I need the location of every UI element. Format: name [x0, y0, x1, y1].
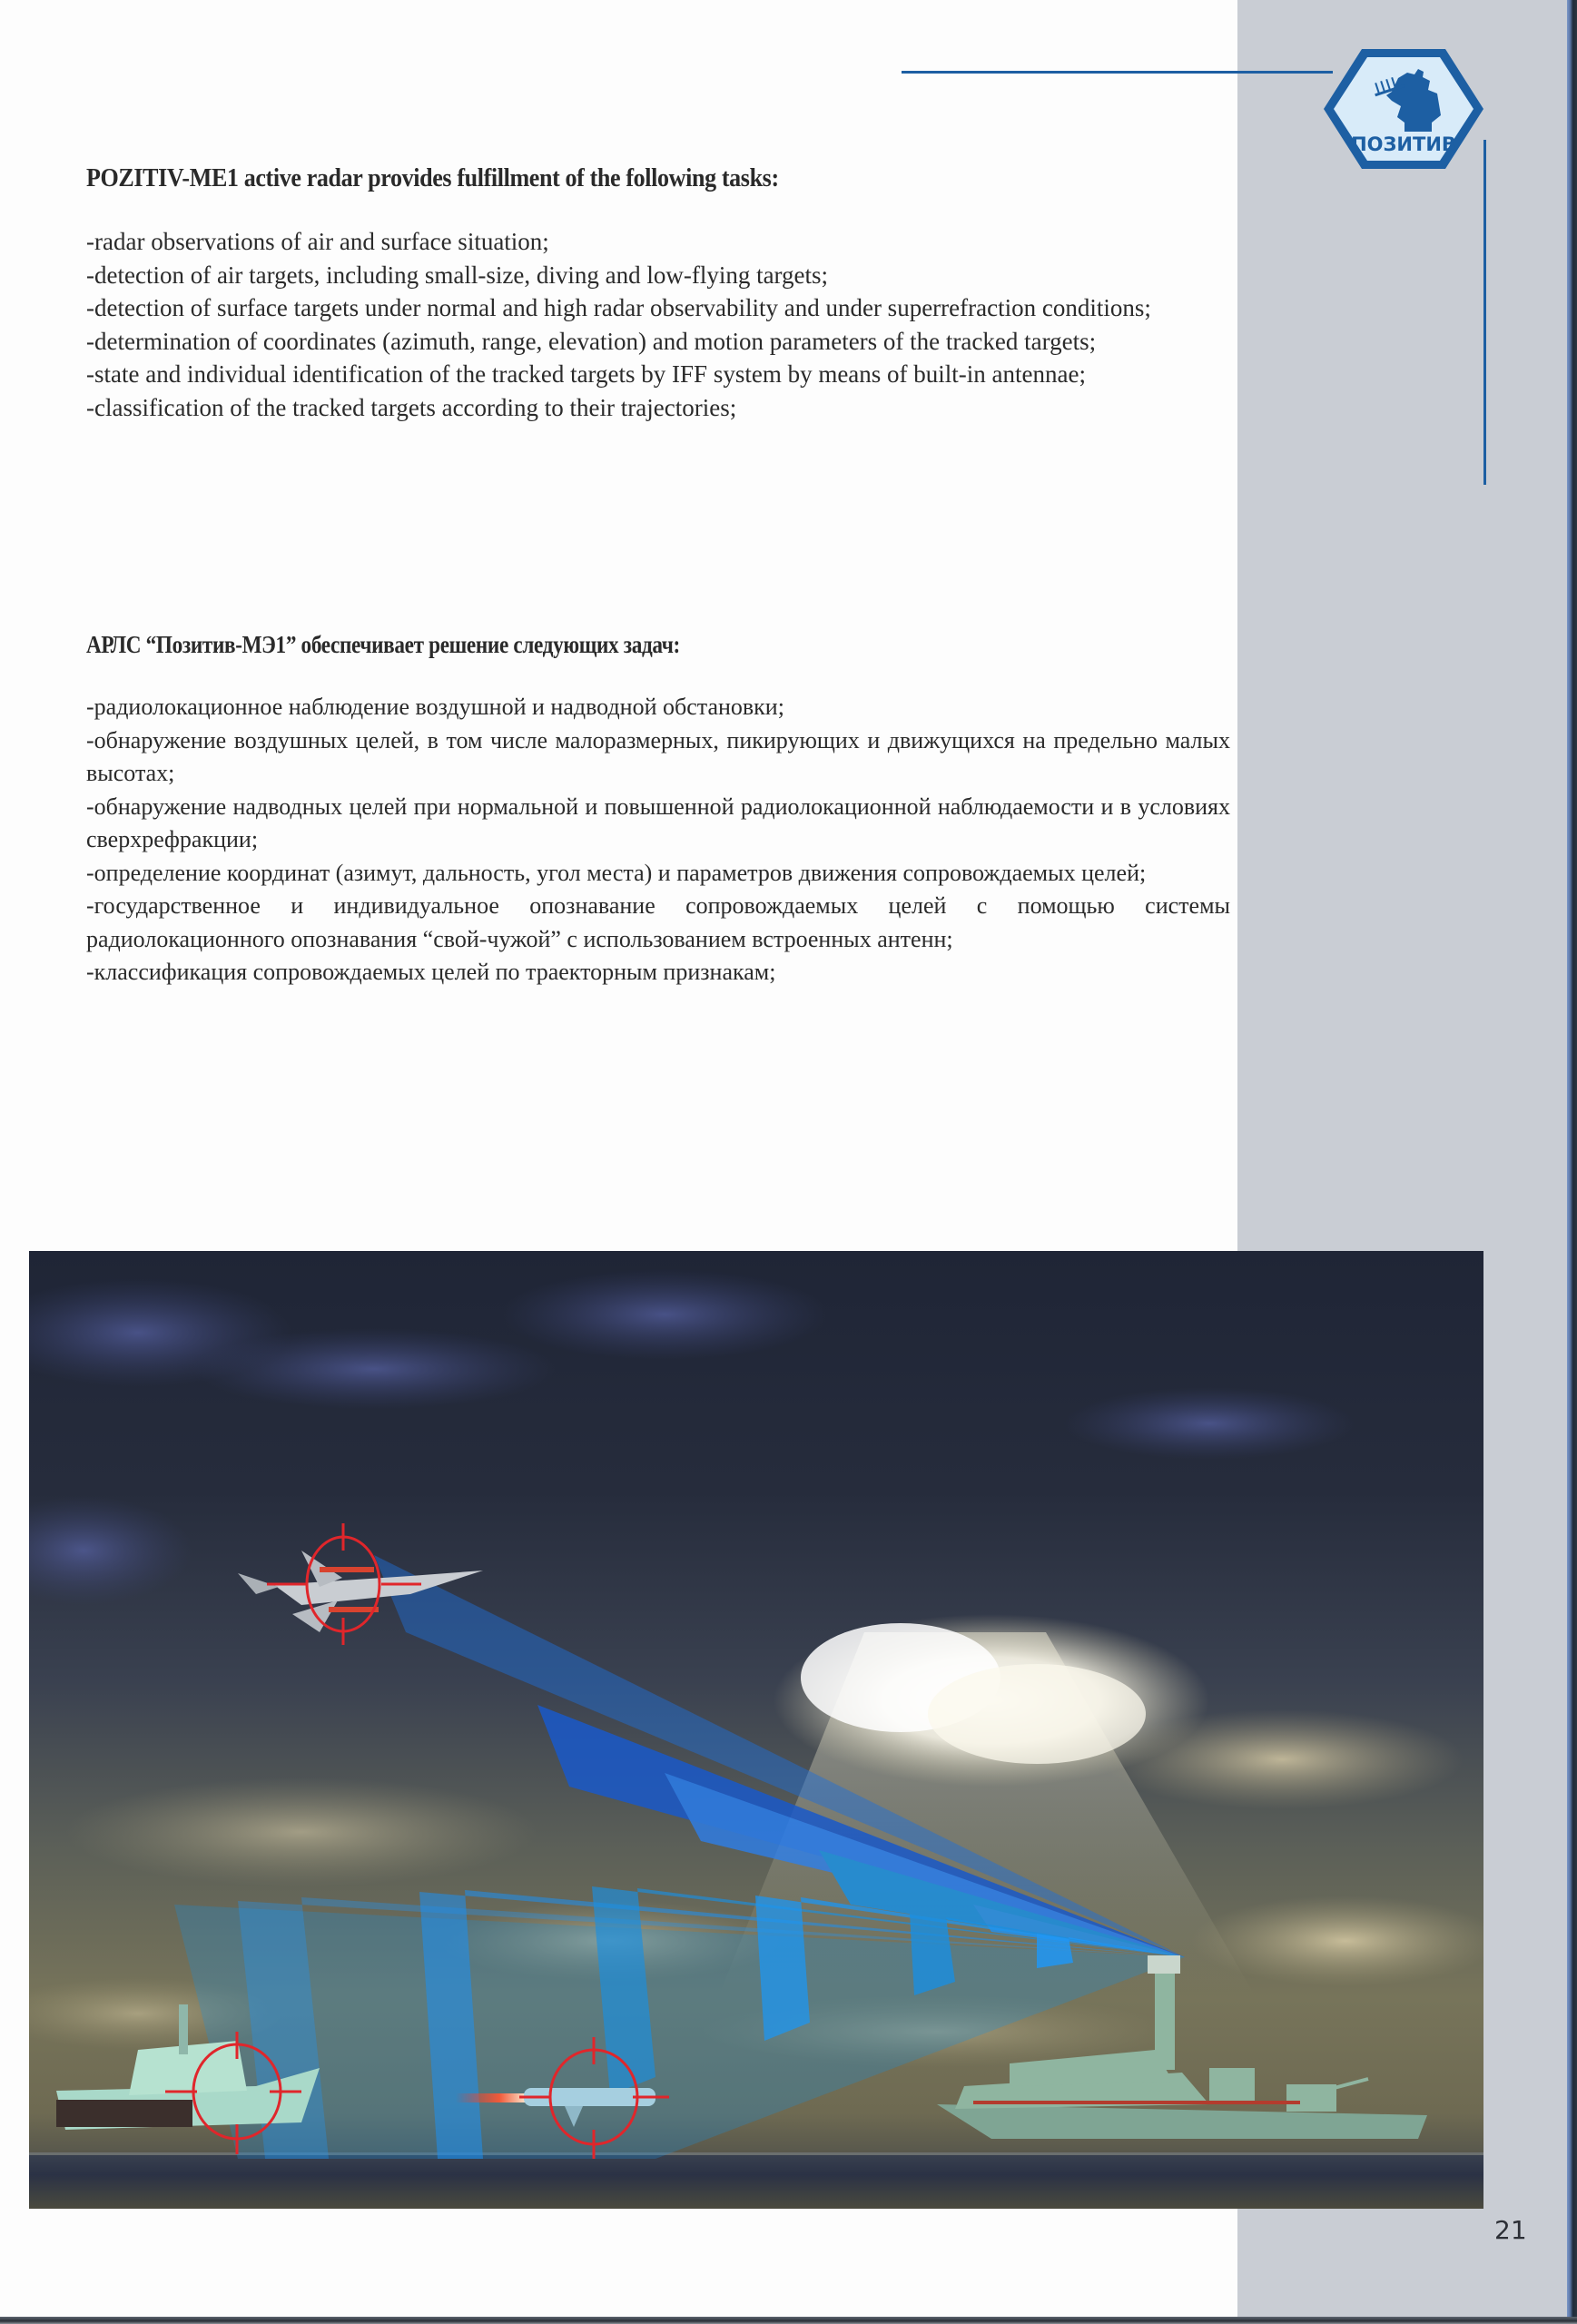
russian-section: АРЛС “Позитив-МЭ1” обеспечивает решение … [86, 629, 1230, 990]
list-item: -determination of coordinates (azimuth, … [86, 325, 1230, 359]
russian-task-list: -радиолокационное наблюдение воздушной и… [86, 691, 1230, 990]
radar-illustration [29, 1251, 1483, 2209]
list-item: -classification of the tracked targets a… [86, 391, 1230, 425]
list-item: -radar observations of air and surface s… [86, 225, 1230, 259]
page-bottom-edge [0, 2317, 1577, 2324]
list-item: -detection of air targets, including sma… [86, 259, 1230, 292]
list-item: -обнаружение надводных целей при нормаль… [86, 791, 1230, 857]
radar-scene [29, 1251, 1483, 2209]
english-task-list: -radar observations of air and surface s… [86, 225, 1230, 424]
list-item: -обнаружение воздушных целей, в том числ… [86, 724, 1230, 791]
list-item: -detection of surface targets under norm… [86, 291, 1230, 325]
logo-text: ПОЗИТИВ [1351, 133, 1456, 155]
sidebar-rule [1483, 140, 1486, 485]
page-binding-edge [1567, 0, 1577, 2324]
list-item: -state and individual identification of … [86, 358, 1230, 391]
list-item: -определение координат (азимут, дальност… [86, 857, 1230, 891]
page-number: 21 [1494, 2215, 1527, 2245]
english-section: POZITIV-ME1 active radar provides fulfil… [86, 163, 1230, 424]
header-rule [902, 71, 1333, 74]
pozitiv-logo: ПОЗИТИВ [1320, 45, 1487, 172]
list-item: -радиолокационное наблюдение воздушной и… [86, 691, 1230, 724]
russian-heading: АРЛС “Позитив-МЭ1” обеспечивает решение … [86, 629, 1070, 660]
english-heading: POZITIV-ME1 active radar provides fulfil… [86, 163, 1150, 194]
list-item: -государственное и индивидуальное опозна… [86, 890, 1230, 956]
list-item: -классификация сопровождаемых целей по т… [86, 956, 1230, 990]
